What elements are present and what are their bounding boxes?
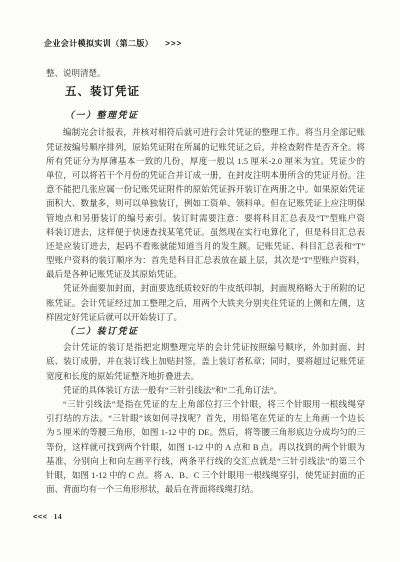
text-line: 型账户资料的装订顺序为：首先是科目汇总表放在最上层，其次是“T”型账户资料， — [46, 253, 365, 267]
paragraph-organize-vouchers-2: 凭证外面要加封面，封面要选纸质较好的牛皮纸印制，封面规格略大于所附的记账凭证。会… — [46, 281, 365, 324]
text-line: 宽度和长度的原始凭证整齐地折叠进去。 — [46, 369, 365, 383]
paragraph-bind-vouchers-1: 会计凭证的装订是指把定期整理完毕的会计凭证按照编号顺序，外加封面、封底、装订成册… — [46, 340, 365, 383]
book-page: 企业会计模拟实训（第二版）>>> 整、说明清楚。 五、装订凭证 （一）整理凭证 … — [0, 0, 400, 562]
text-line: 管地点和另册装订的编号索引。装订时需要注意：要将科目汇总表及“T”型账户资 — [46, 211, 365, 225]
text-line: 底、装订成册，并在装订线上加贴封签，盖上装订者私章；同时，要将超过记账凭证 — [46, 354, 365, 368]
subsection-1-heading: （一）整理凭证 — [65, 108, 365, 122]
text-line: 凭证按编号顺序排列，原始凭证附在所属的记账凭证之后，并检查附件是否齐全。将 — [46, 140, 365, 154]
text-line: 等份，这样就可找到两个针眼，如图 1-12 中的 A 点和 B 点。再以找到的两… — [46, 440, 365, 454]
text-line: 最后是各种记账凭证及其原始凭证。 — [46, 267, 365, 281]
section-heading: 五、装订凭证 — [65, 84, 365, 100]
text-line: 编制完会计报表，并核对相符后就可进行会计凭证的整理工作。将当月全部记账 — [46, 125, 365, 139]
text-line: 引打结的方法。“三针眼”该如何寻找呢？首先，用铅笔在凭证的左上角画一个边长 — [46, 411, 365, 425]
text-line: 面、背面均有一个三角形形状，最后在背面将线绳打结。 — [46, 482, 365, 496]
text-line: 凭证的具体装订方法一般有“三针引线法”和“二孔角订法”。 — [46, 383, 365, 397]
text-line: 为 5 厘米的等腰三角形，如图 1-12 中的 DE。然后，将等腰三角形底边分成… — [46, 425, 365, 439]
text-line: 料装订进去，这样便于快速查找某笔凭证。虽然现在实行电算化了，但是科目汇总表 — [46, 225, 365, 239]
continuation-line: 整、说明清楚。 — [46, 66, 365, 80]
footer-arrows-icon: <<< — [33, 512, 48, 521]
header-arrows-icon: >>> — [165, 39, 182, 48]
text-line: 单位，可以将若干个月份的凭证合并订成一册，在封皮注明本册所含的凭证月份。注 — [46, 168, 365, 182]
text-line: 面积大、数量多，则可以单独装订，例如工资单、领料单。但在记账凭证上应注明保 — [46, 196, 365, 210]
paragraph-binding-methods: 凭证的具体装订方法一般有“三针引线法”和“二孔角订法”。 — [46, 383, 365, 397]
text-line: “三针引线法”是指在凭证的左上角部位打三个针眼，将三个针眼用一根线绳穿 — [46, 397, 365, 411]
book-title: 企业会计模拟实训（第二版） — [44, 39, 153, 48]
text-line: 会计凭证的装订是指把定期整理完毕的会计凭证按照编号顺序，外加封面、封 — [46, 340, 365, 354]
running-head: 企业会计模拟实训（第二版）>>> — [44, 38, 182, 49]
text-line: 基准，分别向上和向左画平行线，两条平行线的交汇点就是“三针引线法”的第三个 — [46, 454, 365, 468]
page-footer: <<<14 — [33, 512, 62, 521]
text-line: 还是应装订进去，起码不看账就能知道当月的发生额。记账凭证、科目汇总表和“T” — [46, 239, 365, 253]
text-line: 账凭证。会计凭证经过加工整理之后，用两个大铁夹分别夹住凭证的上侧和左侧，这 — [46, 296, 365, 310]
text-line: 所有凭证分为厚薄基本一致的几份，厚度一般以 1.5 厘米-2.0 厘米为宜。凭证… — [46, 154, 365, 168]
subsection-2-heading: （二）装订凭证 — [65, 324, 365, 338]
text-line: 意不能把几张应属一份记账凭证附件的原始凭证拆开装订在两册之中。如果原始凭证 — [46, 182, 365, 196]
paragraph-three-needle-method: “三针引线法”是指在凭证的左上角部位打三个针眼，将三个针眼用一根线绳穿引打结的方… — [46, 397, 365, 496]
text-line: 凭证外面要加封面，封面要选纸质较好的牛皮纸印制，封面规格略大于所附的记 — [46, 281, 365, 295]
paragraph-organize-vouchers-1: 编制完会计报表，并核对相符后就可进行会计凭证的整理工作。将当月全部记账凭证按编号… — [46, 125, 365, 281]
page-content: 整、说明清楚。 五、装订凭证 （一）整理凭证 编制完会计报表，并核对相符后就可进… — [46, 66, 365, 496]
text-line: 针眼，如图 1-12 中的 C 点。将 A、B、C 三个针眼用一根线绳穿引，使凭… — [46, 468, 365, 482]
page-number: 14 — [54, 512, 63, 521]
text-line: 样固定好凭证后就可以开始装订了。 — [46, 310, 365, 324]
